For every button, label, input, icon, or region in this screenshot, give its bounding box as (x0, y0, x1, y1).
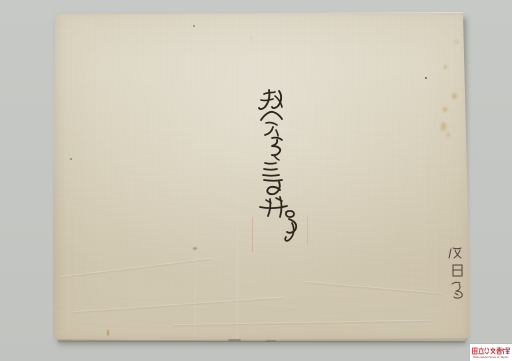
foxing-stain (250, 37, 253, 40)
foxing-stain (107, 330, 109, 336)
paper-wrinkle (303, 281, 443, 294)
foxing-stain (443, 107, 447, 112)
paper-crease (67, 12, 69, 340)
paper-crease (236, 12, 238, 340)
paper-wrinkle (173, 320, 433, 326)
edge-shadow-mark (266, 340, 276, 342)
ink-speck (193, 247, 197, 250)
foxing-stain (444, 65, 447, 69)
archives-watermark: 国立公文書館 National Archives of Japan (470, 344, 512, 361)
ink-speck (425, 77, 427, 79)
side-annotation: 仮目録 (447, 246, 469, 300)
ink-speck (70, 158, 72, 160)
foxing-stain (441, 122, 446, 131)
paper-wrinkle (73, 297, 283, 313)
scan-background: 勅令第三百廿号 (0, 0, 512, 361)
watermark-kanji-svg (472, 347, 510, 355)
ink-speck (193, 25, 195, 27)
foxing-stain (452, 93, 457, 99)
edge-shadow-mark (228, 339, 241, 341)
side-annotation-strokes-svg (447, 246, 469, 300)
foxing-stain (447, 133, 450, 137)
document-paper: 勅令第三百廿号 (53, 12, 470, 340)
paper-wrinkle (61, 258, 210, 277)
paper-crease (194, 12, 196, 340)
foxing-stain (455, 40, 459, 44)
watermark-en-label: National Archives of Japan (473, 356, 509, 358)
watermark-jp-glyphs (472, 347, 510, 355)
calligraphy-strokes-svg (248, 88, 308, 243)
calligraphy-main: 勅令第三百廿号 (248, 88, 308, 243)
